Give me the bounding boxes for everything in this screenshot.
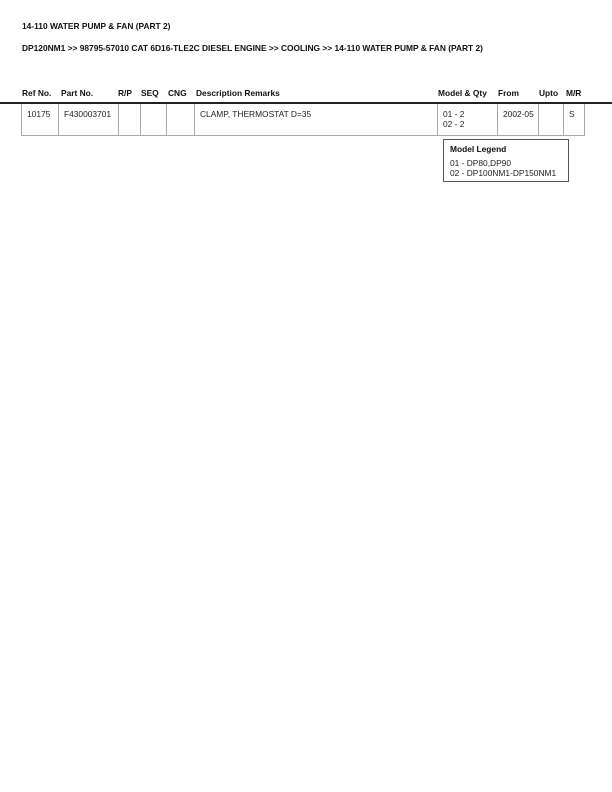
cell-mr: S [563, 104, 585, 136]
header-from: From [498, 88, 519, 98]
page-title: 14-110 WATER PUMP & FAN (PART 2) [22, 21, 170, 31]
cell-from: 2002-05 [497, 104, 539, 136]
model-qty-line: 01 - 2 [443, 109, 498, 119]
cell-cng [166, 104, 195, 136]
model-legend: Model Legend 01 - DP80,DP90 02 - DP100NM… [443, 139, 569, 182]
cell-seq [140, 104, 167, 136]
table-header: Ref No. Part No. R/P SEQ CNG Description… [0, 88, 612, 102]
cell-upto [538, 104, 564, 136]
header-description: Description Remarks [196, 88, 280, 98]
model-qty-line: 02 - 2 [443, 119, 498, 129]
cell-part-no: F430003701 [58, 104, 119, 136]
header-ref-no: Ref No. [22, 88, 51, 98]
legend-item: 02 - DP100NM1-DP150NM1 [450, 168, 568, 178]
header-cng: CNG [168, 88, 187, 98]
legend-title: Model Legend [450, 144, 568, 154]
breadcrumb: DP120NM1 >> 98795-57010 CAT 6D16-TLE2C D… [22, 43, 483, 53]
table-row: 10175 F430003701 CLAMP, THERMOSTAT D=35 … [21, 104, 583, 131]
header-rp: R/P [118, 88, 132, 98]
header-seq: SEQ [141, 88, 159, 98]
cell-rp [118, 104, 141, 136]
header-part-no: Part No. [61, 88, 93, 98]
header-mr: M/R [566, 88, 581, 98]
cell-model-qty: 01 - 2 02 - 2 [437, 104, 498, 136]
cell-ref-no: 10175 [21, 104, 59, 136]
legend-item: 01 - DP80,DP90 [450, 158, 568, 168]
header-model-qty: Model & Qty [438, 88, 487, 98]
cell-description: CLAMP, THERMOSTAT D=35 [194, 104, 438, 136]
header-upto: Upto [539, 88, 558, 98]
